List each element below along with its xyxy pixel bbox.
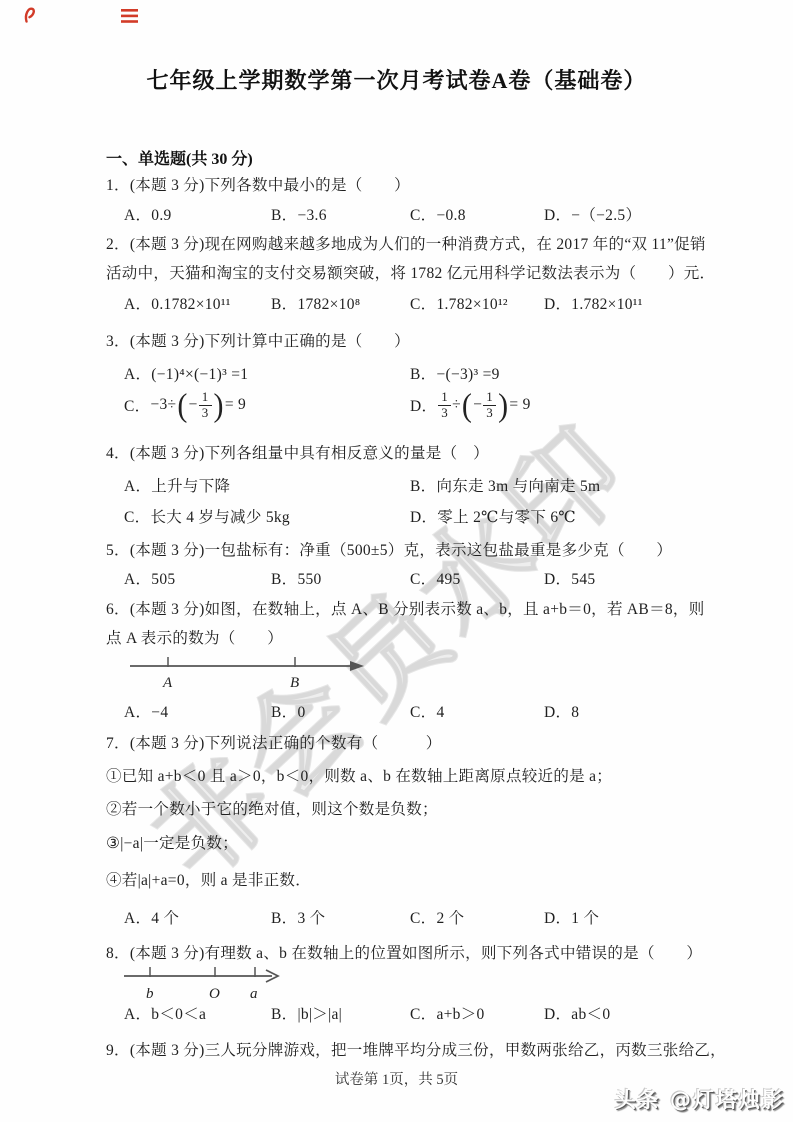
q7-option-d: D．1 个 — [544, 906, 724, 928]
q7-options: A．4 个 B．3 个 C．2 个 D．1 个 — [124, 906, 724, 928]
q1-option-b: B．−3.6 — [271, 203, 410, 225]
q3-option-b: B．−(−3)³ =9 — [410, 362, 724, 384]
q4-options-row1: A．上升与下降 B．向东走 3m 与向南走 5m — [124, 474, 724, 496]
q4-option-c: C．长大 4 岁与减少 5kg — [124, 505, 410, 527]
q7-option-c: C．2 个 — [410, 906, 544, 928]
q6-option-c: C．4 — [410, 700, 544, 722]
point-b-label: b — [146, 986, 154, 1002]
q3-options-row1: A．(−1)⁴×(−1)³ =1 B．−(−3)³ =9 — [124, 362, 724, 384]
q8-option-c: C．a+b＞0 — [410, 1002, 544, 1024]
q3-option-c-label: C． — [124, 394, 150, 416]
q3-option-c-pre: −3÷ — [150, 396, 176, 414]
origin-label: O — [209, 986, 220, 1002]
q6-options: A．−4 B．0 C．4 D．8 — [124, 700, 724, 722]
q7-item-1: ①已知 a+b＜0 且 a＞0，b＜0，则数 a、b 在数轴上距离原点较近的是 … — [106, 764, 612, 786]
q8-option-a: A．b＜0＜a — [124, 1002, 271, 1024]
q4-option-b: B．向东走 3m 与向南走 5m — [410, 474, 724, 496]
point-a-label: A — [162, 675, 173, 691]
q3-options-row2: C． −3÷ ( − 1 3 ) = 9 D． 1 3 ÷ ( − 1 3 ) — [124, 390, 724, 421]
point-b-label: B — [290, 675, 299, 691]
right-paren: ) — [498, 391, 508, 420]
page-title: 七年级上学期数学第一次月考试卷A卷（基础卷） — [0, 64, 793, 95]
q8-option-b: B．|b|＞|a| — [271, 1002, 410, 1024]
q6-stem-line1: 6．(本题 3 分)如图，在数轴上，点 A、B 分别表示数 a、b，且 a+b＝… — [106, 597, 705, 619]
q3-option-c-post: = 9 — [225, 396, 246, 414]
q5-option-b: B．550 — [271, 567, 410, 589]
q4-option-d: D．零上 2℃与零下 6℃ — [410, 505, 724, 527]
axis-arrow-icon — [350, 661, 364, 671]
q2-option-c: C．1.782×10¹² — [410, 292, 544, 314]
q2-stem-line1: 2．(本题 3 分)现在网购越来越多地成为人们的一种消费方式，在 2017 年的… — [106, 232, 706, 254]
q3-option-c-sign: − — [189, 396, 198, 414]
q3-option-d-sign: − — [473, 396, 482, 414]
pen-scribble-icon — [22, 5, 39, 24]
q6-numberline-figure: A B — [128, 652, 368, 694]
q7-item-3: ③|−a|一定是负数； — [106, 831, 238, 853]
q2-stem-line2: 活动中，天猫和淘宝的支付交易额突破，将 1782 亿元用科学记数法表示为（ ）元… — [106, 261, 715, 283]
q1-stem: 1．(本题 3 分)下列各数中最小的是（ ） — [106, 173, 410, 195]
q3-option-d-divide: ÷ — [452, 396, 461, 414]
q2-options: A．0.1782×10¹¹ B．1782×10⁸ C．1.782×10¹² D．… — [124, 292, 724, 314]
q5-stem: 5．(本题 3 分)一包盐标有：净重（500±5）克，表示这包盐最重是多少克（ … — [106, 538, 672, 560]
q3-option-d: D． 1 3 ÷ ( − 1 3 ) = 9 — [410, 390, 724, 421]
q7-stem: 7．(本题 3 分)下列说法正确的个数有（ ） — [106, 731, 442, 753]
section-heading: 一、单选题(共 30 分) — [106, 146, 253, 169]
q5-option-c: C．495 — [410, 567, 544, 589]
fraction-one-third: 1 3 — [199, 390, 212, 421]
q6-stem-line2: 点 A 表示的数为（ ） — [106, 626, 283, 648]
q9-stem: 9．(本题 3 分)三人玩分牌游戏，把一堆牌平均分成三份，甲数两张给乙，丙数三张… — [106, 1038, 726, 1060]
right-paren: ) — [214, 391, 224, 420]
fraction-one-third: 1 3 — [483, 390, 496, 421]
q2-option-a: A．0.1782×10¹¹ — [124, 292, 271, 314]
q1-option-c: C．−0.8 — [410, 203, 544, 225]
q5-option-d: D．545 — [544, 567, 724, 589]
q1-option-d: D．−（−2.5） — [544, 203, 724, 225]
q4-option-a: A．上升与下降 — [124, 474, 410, 496]
toutiao-watermark: 头条 @灯塔烛影 — [615, 1084, 785, 1114]
q8-options: A．b＜0＜a B．|b|＞|a| C．a+b＞0 D．ab＜0 — [124, 1002, 724, 1024]
q3-stem: 3．(本题 3 分)下列计算中正确的是（ ） — [106, 329, 410, 351]
q2-option-b: B．1782×10⁸ — [271, 292, 410, 314]
q5-option-a: A．505 — [124, 567, 271, 589]
q6-option-d: D．8 — [544, 700, 724, 722]
point-a-label: a — [250, 986, 258, 1002]
q5-options: A．505 B．550 C．495 D．545 — [124, 567, 724, 589]
q1-options: A．0.9 B．−3.6 C．−0.8 D．−（−2.5） — [124, 203, 724, 225]
q3-option-a: A．(−1)⁴×(−1)³ =1 — [124, 362, 410, 384]
left-paren: ( — [462, 391, 472, 420]
q1-option-a: A．0.9 — [124, 203, 271, 225]
q7-option-b: B．3 个 — [271, 906, 410, 928]
q3-option-d-label: D． — [410, 394, 437, 416]
exam-paper-page: 非会员水印 七年级上学期数学第一次月考试卷A卷（基础卷） 一、单选题(共 30 … — [0, 0, 793, 1122]
q6-option-a: A．−4 — [124, 700, 271, 722]
q3-option-d-post: = 9 — [509, 396, 530, 414]
q8-numberline-figure: b O a — [120, 960, 310, 1004]
menu-mark-icon — [121, 9, 138, 23]
q2-option-d: D．1.782×10¹¹ — [544, 292, 724, 314]
fraction-one-third: 1 3 — [438, 390, 451, 421]
q7-item-4: ④若|a|+a=0，则 a 是非正数． — [106, 868, 311, 890]
q7-item-2: ②若一个数小于它的绝对值，则这个数是负数； — [106, 797, 438, 819]
left-paren: ( — [177, 391, 187, 420]
q3-option-c: C． −3÷ ( − 1 3 ) = 9 — [124, 390, 410, 421]
q7-option-a: A．4 个 — [124, 906, 271, 928]
q4-stem: 4．(本题 3 分)下列各组量中具有相反意义的量是（ ） — [106, 441, 489, 463]
q6-option-b: B．0 — [271, 700, 410, 722]
q8-option-d: D．ab＜0 — [544, 1002, 724, 1024]
q4-options-row2: C．长大 4 岁与减少 5kg D．零上 2℃与零下 6℃ — [124, 505, 724, 527]
